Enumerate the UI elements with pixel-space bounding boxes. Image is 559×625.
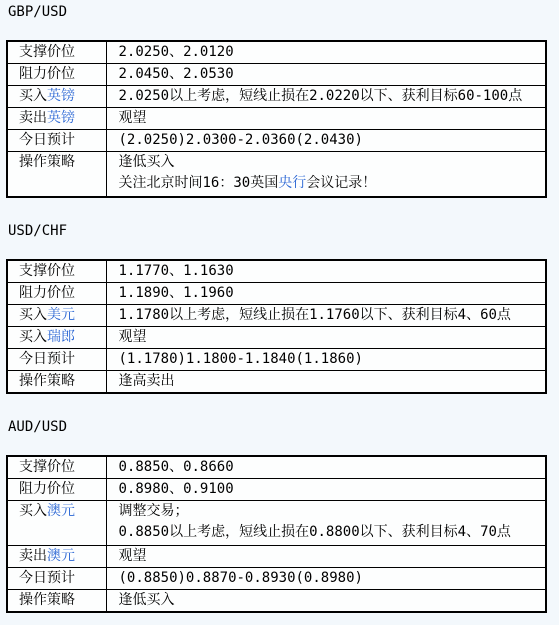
row-label-cell: 买入澳元 [7, 500, 106, 545]
gbp-link[interactable]: 英镑 [47, 110, 75, 126]
text-part: 买入 [19, 329, 47, 345]
usd-link[interactable]: 美元 [47, 307, 75, 323]
value-line: 逢低买入 [119, 590, 542, 611]
text-part: (1.1780)1.1800-1.1840(1.1860) [119, 351, 363, 367]
quote-table: 支撑价位0.8850、0.8660阻力价位0.8980、0.9100买入澳元调整… [6, 455, 547, 613]
text-part: 支撑价位 [19, 459, 75, 475]
text-part: 2.0450、2.0530 [119, 66, 234, 82]
text-part: 买入 [19, 503, 47, 519]
row-label-cell: 买入美元 [7, 304, 106, 326]
row-value-cell: 0.8980、0.9100 [106, 478, 546, 500]
table-row: 操作策略逢高卖出 [7, 370, 546, 393]
table-row: 卖出澳元观望 [7, 545, 546, 567]
row-label-cell: 阻力价位 [7, 282, 106, 304]
table-row: 卖出英镑观望 [7, 108, 546, 130]
value-line: 1.1770、1.1630 [119, 261, 542, 282]
value-line: 0.8850、0.8660 [119, 457, 542, 478]
text-part: 买入 [19, 307, 47, 323]
text-part: 逢低买入 [119, 592, 175, 608]
table-row: 阻力价位1.1890、1.1960 [7, 282, 546, 304]
text-part: 支撑价位 [19, 263, 75, 279]
text-part: 调整交易； [119, 503, 189, 519]
pair-title: AUD/USD [8, 420, 559, 435]
row-value-cell: 0.8850、0.8660 [106, 456, 546, 479]
table-row: 买入瑞郎观望 [7, 326, 546, 348]
value-line: 0.8850以上考虑，短线止损在0.8800以下、获利目标4、70点 [119, 522, 542, 543]
text-part: 观望 [119, 110, 147, 126]
row-value-cell: 观望 [106, 326, 546, 348]
central-bank-link[interactable]: 央行 [278, 175, 306, 191]
text-part: 2.0250以上考虑，短线止损在2.0220以下、获利目标60-100点 [119, 88, 523, 104]
text-part: 阻力价位 [19, 66, 75, 82]
pair-title: GBP/USD [8, 5, 559, 20]
text-part: (2.0250)2.0300-2.0360(2.0430) [119, 132, 363, 148]
text-part: 今日预计 [19, 132, 75, 148]
value-line: 观望 [119, 546, 542, 567]
table-row: 支撑价位1.1770、1.1630 [7, 260, 546, 283]
row-value-cell: 2.0250以上考虑，短线止损在2.0220以下、获利目标60-100点 [106, 86, 546, 108]
row-label-cell: 支撑价位 [7, 456, 106, 479]
value-line: (0.8850)0.8870-0.8930(0.8980) [119, 568, 542, 589]
row-label-cell: 今日预计 [7, 130, 106, 152]
row-label-cell: 操作策略 [7, 370, 106, 393]
row-value-cell: 2.0450、2.0530 [106, 64, 546, 86]
text-part: 1.1890、1.1960 [119, 285, 234, 301]
text-part: 1.1780以上考虑，短线止损在1.1760以下、获利目标4、60点 [119, 307, 511, 323]
text-part: (0.8850)0.8870-0.8930(0.8980) [119, 570, 363, 586]
row-value-cell: (1.1780)1.1800-1.1840(1.1860) [106, 348, 546, 370]
value-line: 2.0450、2.0530 [119, 64, 542, 85]
value-line: 关注北京时间16：30英国央行会议记录！ [119, 173, 542, 194]
row-label-cell: 卖出英镑 [7, 108, 106, 130]
value-line: 逢高卖出 [119, 371, 542, 392]
row-label-cell: 支撑价位 [7, 260, 106, 283]
row-value-cell: (0.8850)0.8870-0.8930(0.8980) [106, 567, 546, 589]
text-part: 买入 [19, 88, 47, 104]
row-label-cell: 操作策略 [7, 152, 106, 197]
row-value-cell: 逢低买入关注北京时间16：30英国央行会议记录！ [106, 152, 546, 197]
text-part: 观望 [119, 329, 147, 345]
value-line: (2.0250)2.0300-2.0360(2.0430) [119, 130, 542, 151]
row-value-cell: 观望 [106, 108, 546, 130]
value-line: 观望 [119, 108, 542, 129]
text-part: 会议记录！ [306, 175, 376, 191]
text-part: 阻力价位 [19, 285, 75, 301]
row-value-cell: 1.1770、1.1630 [106, 260, 546, 283]
table-row: 支撑价位0.8850、0.8660 [7, 456, 546, 479]
value-line: 1.1780以上考虑，短线止损在1.1760以下、获利目标4、60点 [119, 305, 542, 326]
row-label-cell: 阻力价位 [7, 64, 106, 86]
quote-table: 支撑价位1.1770、1.1630阻力价位1.1890、1.1960买入美元1.… [6, 259, 547, 394]
quote-table: 支撑价位2.0250、2.0120阻力价位2.0450、2.0530买入英镑2.… [6, 40, 547, 198]
gbp-link[interactable]: 英镑 [47, 88, 75, 104]
text-part: 卖出 [19, 548, 47, 564]
text-part: 阻力价位 [19, 481, 75, 497]
value-line: 逢低买入 [119, 152, 542, 173]
row-label-cell: 操作策略 [7, 589, 106, 612]
text-part: 支撑价位 [19, 44, 75, 60]
text-part: 0.8980、0.9100 [119, 481, 234, 497]
table-row: 阻力价位2.0450、2.0530 [7, 64, 546, 86]
text-part: 逢低买入 [119, 154, 175, 170]
table-row: 今日预计(2.0250)2.0300-2.0360(2.0430) [7, 130, 546, 152]
text-part: 2.0250、2.0120 [119, 44, 234, 60]
text-part: 操作策略 [19, 592, 75, 608]
value-line: 1.1890、1.1960 [119, 283, 542, 304]
value-line: 观望 [119, 327, 542, 348]
table-row: 支撑价位2.0250、2.0120 [7, 41, 546, 64]
row-label-cell: 买入瑞郎 [7, 326, 106, 348]
value-line: 2.0250、2.0120 [119, 42, 542, 63]
row-value-cell: 逢高卖出 [106, 370, 546, 393]
text-part: 观望 [119, 548, 147, 564]
row-value-cell: 1.1890、1.1960 [106, 282, 546, 304]
text-part: 卖出 [19, 110, 47, 126]
row-value-cell: 1.1780以上考虑，短线止损在1.1760以下、获利目标4、60点 [106, 304, 546, 326]
table-row: 今日预计(1.1780)1.1800-1.1840(1.1860) [7, 348, 546, 370]
row-label-cell: 卖出澳元 [7, 545, 106, 567]
row-label-cell: 今日预计 [7, 567, 106, 589]
table-row: 买入英镑2.0250以上考虑，短线止损在2.0220以下、获利目标60-100点 [7, 86, 546, 108]
row-value-cell: 观望 [106, 545, 546, 567]
table-row: 操作策略逢低买入 [7, 589, 546, 612]
forex-advice-document: GBP/USD支撑价位2.0250、2.0120阻力价位2.0450、2.053… [0, 0, 559, 613]
pair-title: USD/CHF [8, 224, 559, 239]
row-label-cell: 买入英镑 [7, 86, 106, 108]
table-row: 买入澳元调整交易；0.8850以上考虑，短线止损在0.8800以下、获利目标4、… [7, 500, 546, 545]
text-part: 今日预计 [19, 351, 75, 367]
row-value-cell: 逢低买入 [106, 589, 546, 612]
text-part: 1.1770、1.1630 [119, 263, 234, 279]
table-row: 买入美元1.1780以上考虑，短线止损在1.1760以下、获利目标4、60点 [7, 304, 546, 326]
table-row: 阻力价位0.8980、0.9100 [7, 478, 546, 500]
aud-link[interactable]: 澳元 [47, 548, 75, 564]
text-part: 0.8850、0.8660 [119, 459, 234, 475]
text-part: 操作策略 [19, 154, 75, 170]
text-part: 逢高卖出 [119, 373, 175, 389]
aud-link[interactable]: 澳元 [47, 503, 75, 519]
text-part: 0.8850以上考虑，短线止损在0.8800以下、获利目标4、70点 [119, 524, 511, 540]
value-line: (1.1780)1.1800-1.1840(1.1860) [119, 349, 542, 370]
row-label-cell: 今日预计 [7, 348, 106, 370]
row-value-cell: 调整交易；0.8850以上考虑，短线止损在0.8800以下、获利目标4、70点 [106, 500, 546, 545]
text-part: 关注北京时间16：30英国 [119, 175, 279, 191]
row-value-cell: 2.0250、2.0120 [106, 41, 546, 64]
value-line: 调整交易； [119, 501, 542, 522]
chf-link[interactable]: 瑞郎 [47, 329, 75, 345]
value-line: 0.8980、0.9100 [119, 479, 542, 500]
row-label-cell: 阻力价位 [7, 478, 106, 500]
table-row: 今日预计(0.8850)0.8870-0.8930(0.8980) [7, 567, 546, 589]
text-part: 操作策略 [19, 373, 75, 389]
text-part: 今日预计 [19, 570, 75, 586]
row-value-cell: (2.0250)2.0300-2.0360(2.0430) [106, 130, 546, 152]
table-row: 操作策略逢低买入关注北京时间16：30英国央行会议记录！ [7, 152, 546, 197]
value-line: 2.0250以上考虑，短线止损在2.0220以下、获利目标60-100点 [119, 86, 542, 107]
row-label-cell: 支撑价位 [7, 41, 106, 64]
